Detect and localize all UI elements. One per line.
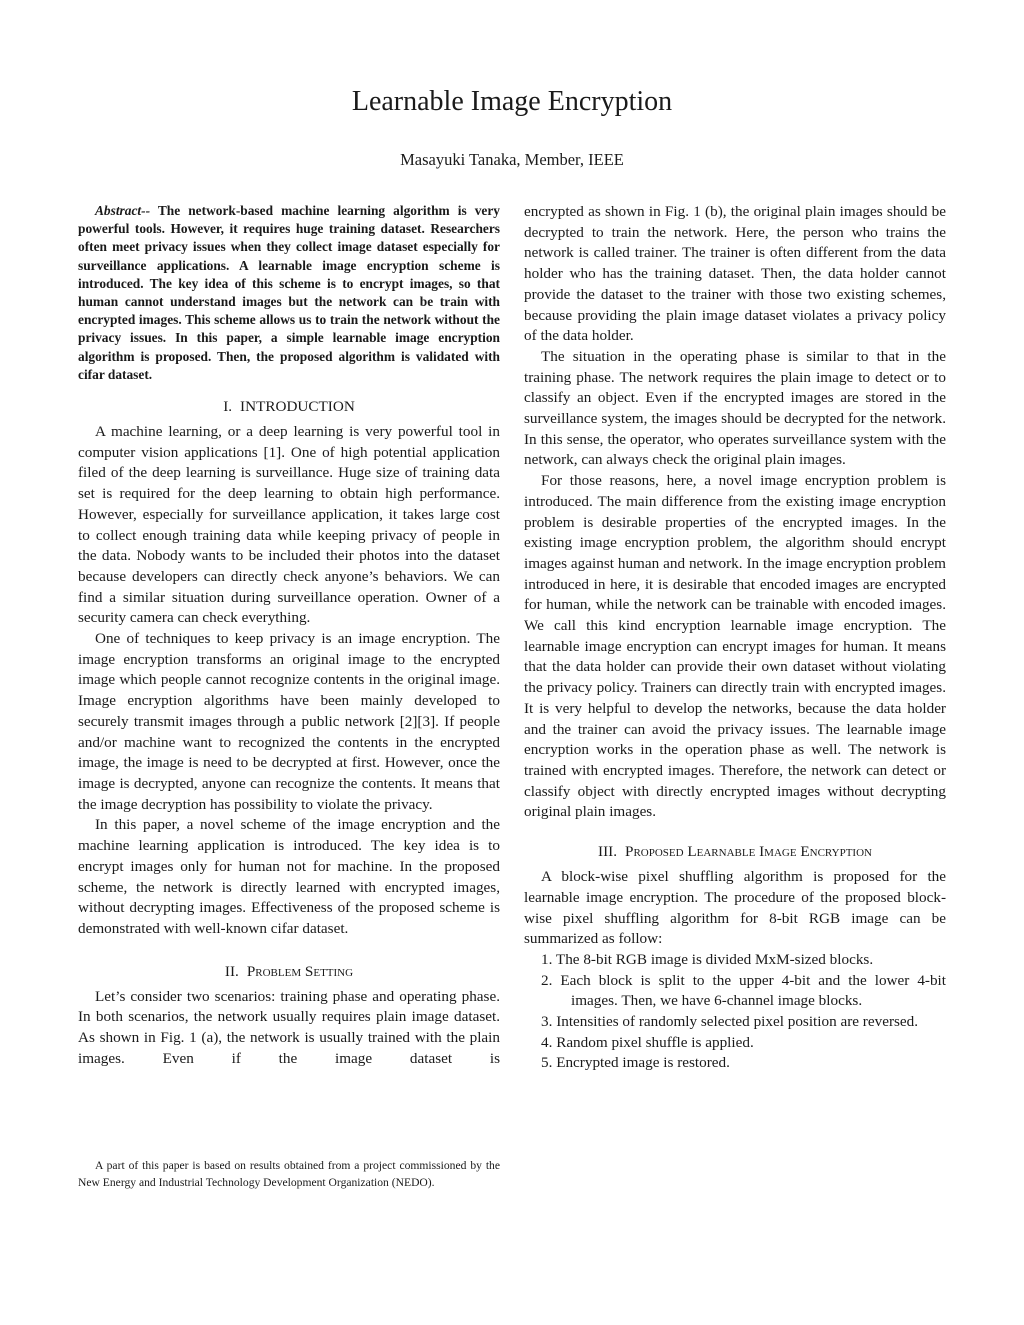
paper-title: Learnable Image Encryption bbox=[0, 84, 1024, 120]
paragraph: A block-wise pixel shuffling algorithm i… bbox=[524, 867, 946, 950]
section-number: III. bbox=[598, 843, 617, 860]
paragraph: A machine learning, or a deep learning i… bbox=[78, 422, 500, 629]
paragraph: In this paper, a novel scheme of the ima… bbox=[78, 815, 500, 939]
abstract: Abstract-- The network-based machine lea… bbox=[78, 202, 500, 384]
abstract-text: The network-based machine learning algor… bbox=[78, 203, 500, 382]
section-title: Proposed Learnable Image Encryption bbox=[625, 843, 872, 860]
right-column: encrypted as shown in Fig. 1 (b), the or… bbox=[524, 202, 946, 1074]
paragraph-continued: encrypted as shown in Fig. 1 (b), the or… bbox=[524, 202, 946, 347]
section-heading-introduction: I.Introduction bbox=[78, 397, 500, 417]
paragraph: The situation in the operating phase is … bbox=[524, 347, 946, 471]
section-heading-proposed: III.Proposed Learnable Image Encryption bbox=[524, 842, 946, 862]
procedure-step: 1. The 8-bit RGB image is divided MxM-si… bbox=[541, 950, 946, 971]
footnote: A part of this paper is based on results… bbox=[78, 1158, 500, 1191]
author-line: Masayuki Tanaka, Member, IEEE bbox=[0, 149, 1024, 171]
procedure-steps: 1. The 8-bit RGB image is divided MxM-si… bbox=[524, 950, 946, 1074]
paragraph: One of techniques to keep privacy is an … bbox=[78, 629, 500, 815]
section-title: Introduction bbox=[240, 398, 355, 415]
section-heading-problem-setting: II.Problem Setting bbox=[78, 962, 500, 982]
section-number: II. bbox=[225, 963, 239, 980]
procedure-step: 3. Intensities of randomly selected pixe… bbox=[541, 1012, 946, 1033]
procedure-step: 2. Each block is split to the upper 4-bi… bbox=[541, 971, 946, 1012]
paragraph: Let’s consider two scenarios: training p… bbox=[78, 987, 500, 1070]
procedure-step: 4. Random pixel shuffle is applied. bbox=[541, 1033, 946, 1054]
procedure-step: 5. Encrypted image is restored. bbox=[541, 1053, 946, 1074]
paragraph: For those reasons, here, a novel image e… bbox=[524, 471, 946, 823]
left-column: Abstract-- The network-based machine lea… bbox=[78, 202, 500, 1069]
abstract-label: Abstract-- bbox=[95, 203, 150, 218]
section-title: Problem Setting bbox=[247, 963, 353, 980]
section-number: I. bbox=[223, 398, 232, 415]
